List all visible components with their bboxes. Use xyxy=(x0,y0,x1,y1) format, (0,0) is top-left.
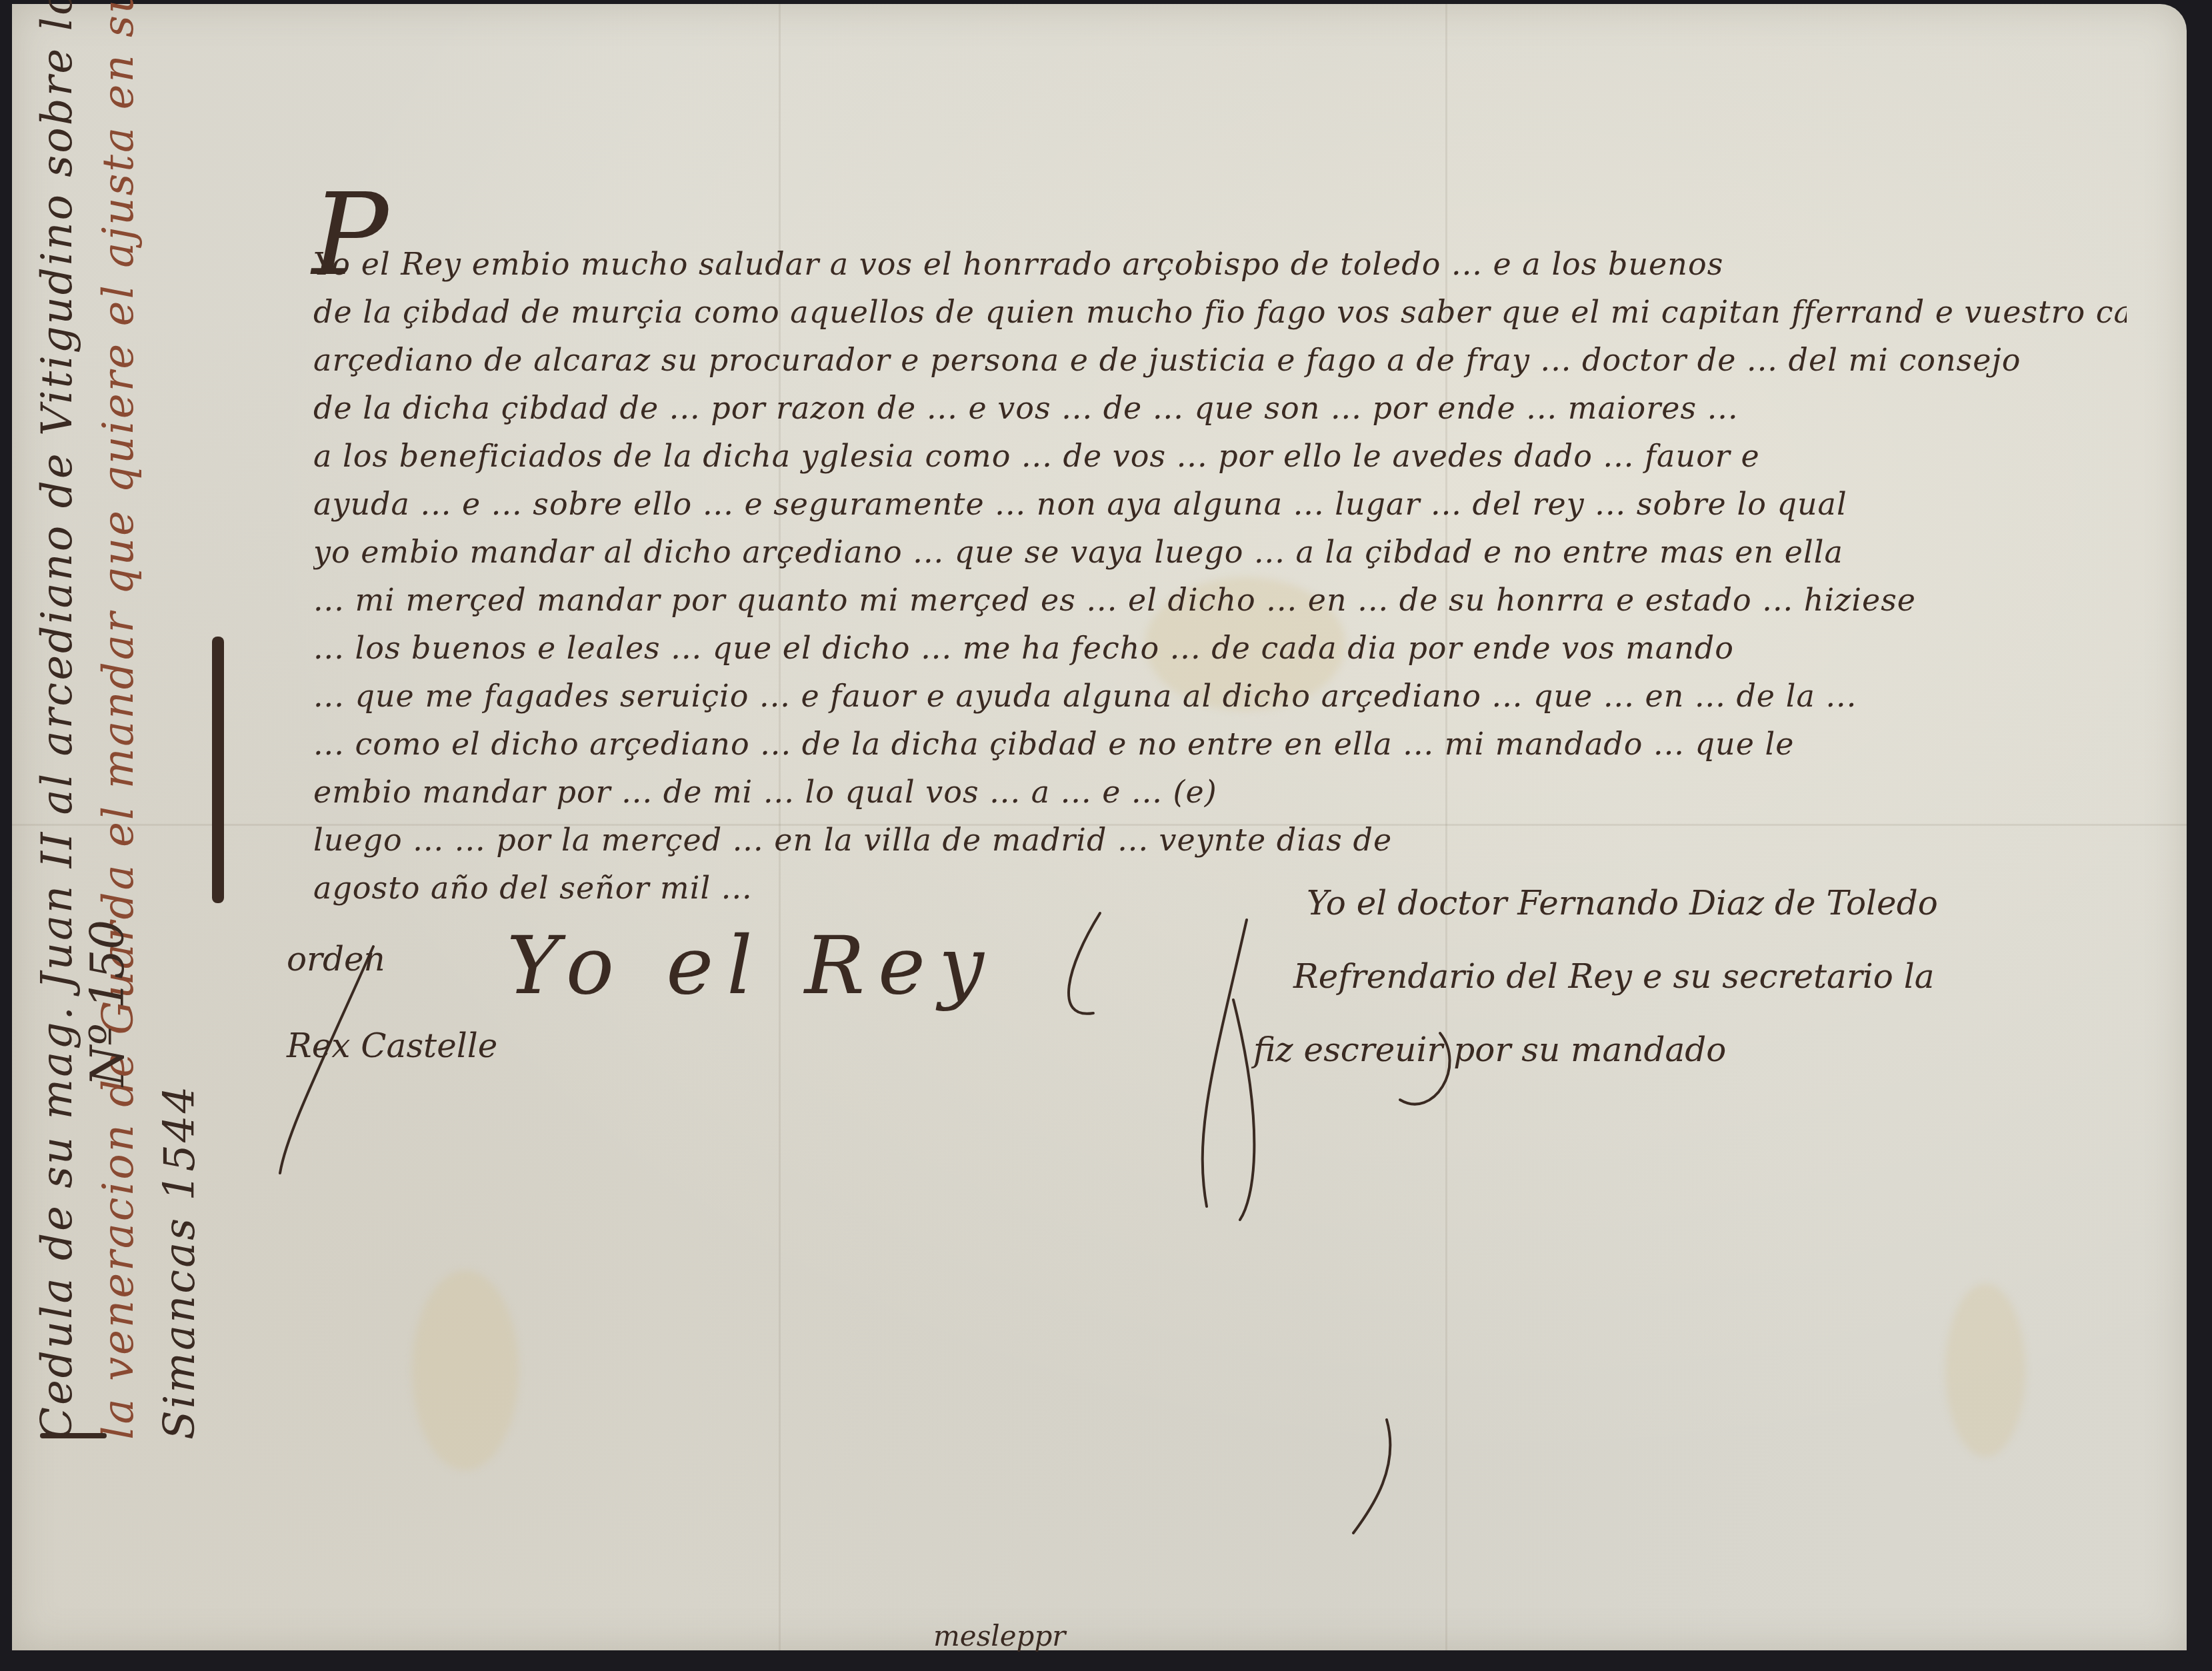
bottom-edge-note: mesleppr xyxy=(933,1620,1065,1652)
pen-flourishes xyxy=(0,0,2212,1671)
